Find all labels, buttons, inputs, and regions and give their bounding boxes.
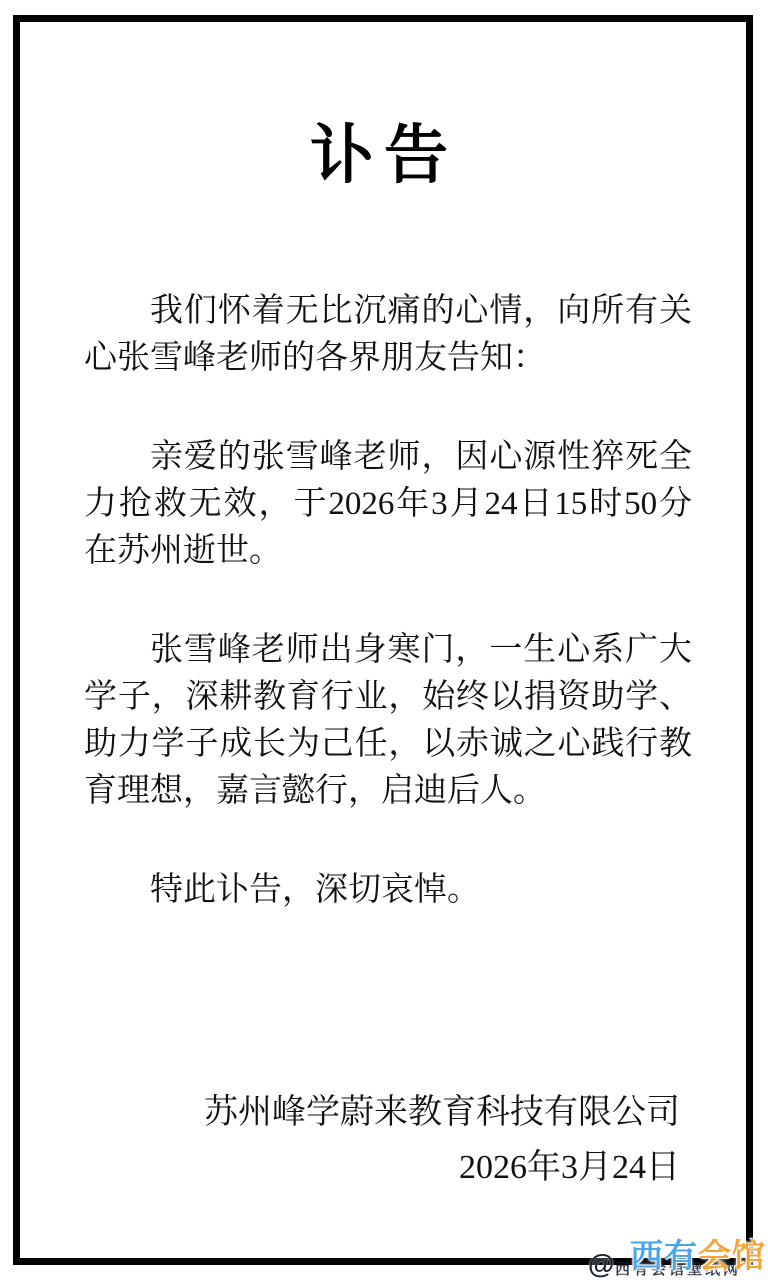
paragraph-death-notice: 亲爱的张雪峰老师，因心源性猝死全力抢救无效，于2026年3月24日15时50分在… — [84, 434, 692, 575]
paragraph-closing: 特此讣告，深切哀悼。 — [84, 867, 692, 914]
watermark-logo-text: 西有会馆 — [630, 1238, 766, 1274]
obituary-title: 讣告 — [0, 104, 768, 196]
signature-date: 2026年3月24日 — [84, 1147, 680, 1189]
paragraph-intro: 我们怀着无比沉痛的心情，向所有关心张雪峰老师的各界朋友告知： — [84, 288, 692, 382]
signature-block: 苏州峰学蔚来教育科技有限公司 2026年3月24日 — [84, 1092, 680, 1189]
signature-company-name: 苏州峰学蔚来教育科技有限公司 — [84, 1092, 680, 1134]
watermark-text-blue: 西有 — [630, 1237, 698, 1274]
at-icon: @ — [588, 1251, 614, 1278]
watermark-text-orange: 会馆 — [698, 1237, 766, 1274]
obituary-body: 我们怀着无比沉痛的心情，向所有关心张雪峰老师的各界朋友告知： 亲爱的张雪峰老师，… — [84, 288, 692, 914]
watermark: @ 西有会馆壁纸网 西有会馆 — [588, 1232, 768, 1280]
paragraph-eulogy: 张雪峰老师出身寒门，一生心系广大学子，深耕教育行业，始终以捐资助学、助力学子成长… — [84, 627, 692, 815]
